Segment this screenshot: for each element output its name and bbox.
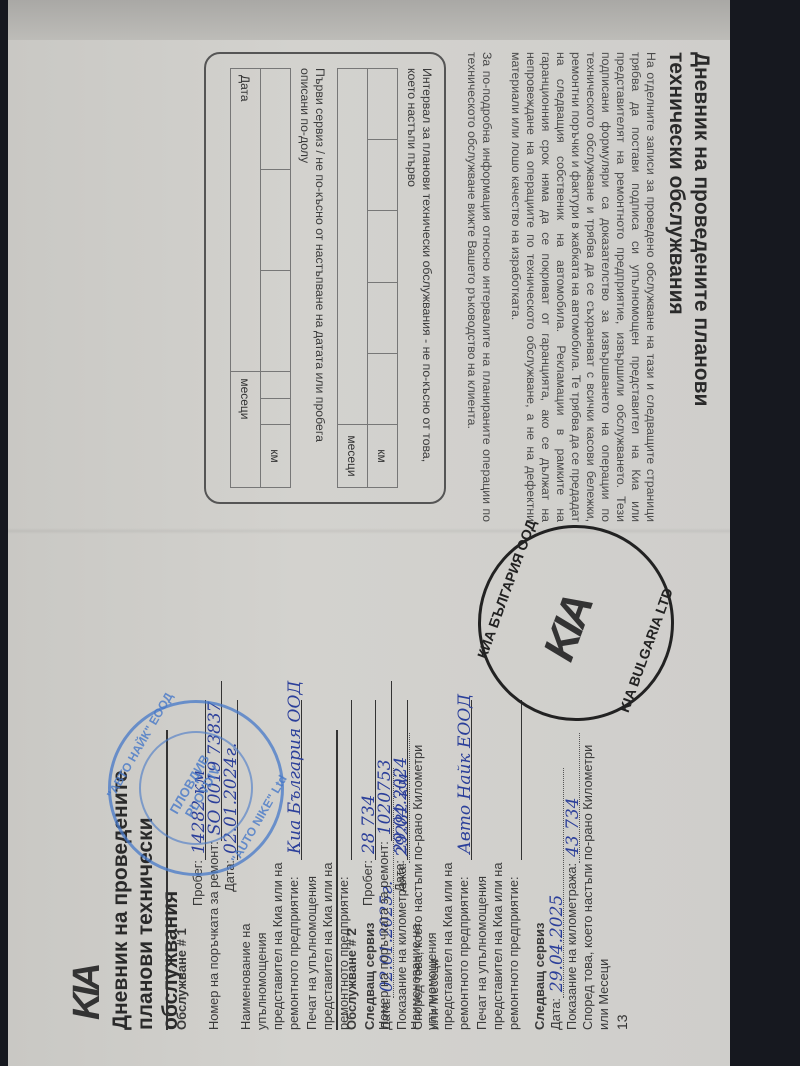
page-number: 13 [614, 700, 630, 1030]
interval-heading: Интервал за планови технически обслужван… [404, 68, 434, 488]
km-label: км [261, 425, 291, 488]
next-service-2-date-field[interactable]: 29.04.2025 [549, 768, 564, 998]
left-page: Дневник на проведените планови техническ… [34, 52, 714, 532]
first-service-table: км Дата месеци [230, 68, 291, 488]
date-label: Дата [231, 69, 261, 372]
service-2-name-field[interactable]: Авто Найк ЕООД [457, 700, 472, 860]
service-2-date-field[interactable]: 29.04.2024 [393, 700, 408, 860]
months-label: месеци [338, 425, 368, 488]
first-service-heading: Първи сервиз / не по-късно от настъпване… [297, 68, 327, 488]
service-2-stamp-field[interactable] [507, 700, 522, 860]
service-2-mileage-field[interactable]: 28 734 [361, 700, 376, 860]
service-booklet: Дневник на проведените планови техническ… [8, 0, 730, 1066]
left-page-title: Дневник на проведените планови техническ… [664, 52, 714, 522]
next-service-2-km-field[interactable]: 43 734 [565, 733, 580, 863]
service-2: Обслужване # 2 Пробег: 28 734 Номер на п… [328, 700, 630, 1030]
service-2-order-field[interactable]: 1020753 [377, 681, 392, 841]
interval-table: км месеци [337, 68, 398, 488]
interval-box: Интервал за планови технически обслужван… [204, 52, 446, 504]
service-2-heading: Обслужване # 2 [344, 700, 360, 1030]
intro-paragraph: На отделните записи за проведено обслужв… [508, 52, 658, 522]
service-2-next: Следващ сервиз Дата: 29.04.2025 Показани… [532, 700, 612, 1030]
info-paragraph: За по-подробна информация относно интерв… [464, 52, 494, 522]
km-label: км [368, 425, 398, 488]
months-label: месеци [231, 372, 261, 488]
